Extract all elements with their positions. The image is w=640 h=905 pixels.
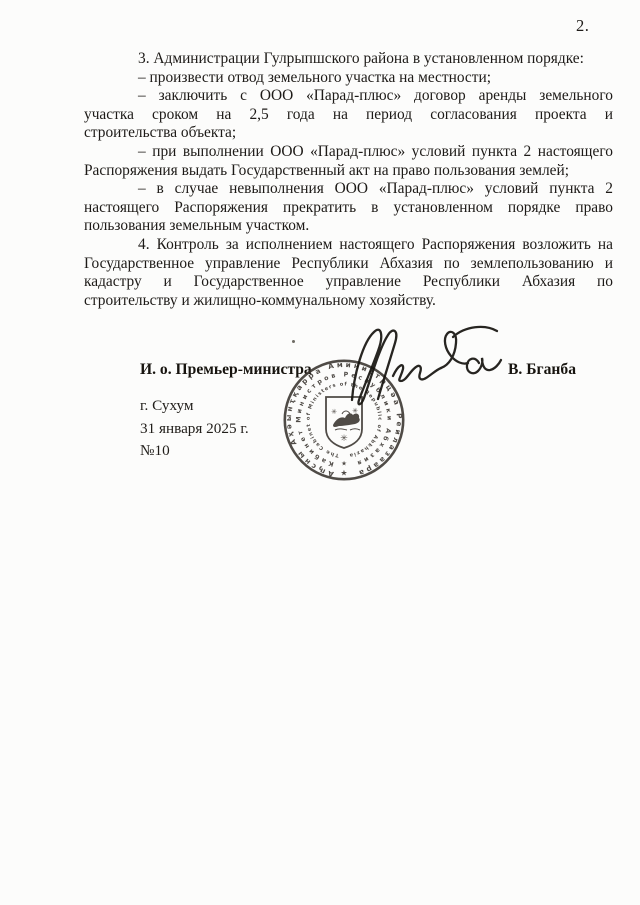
signature-stroke <box>467 358 501 373</box>
shield-star-icon: ✳ <box>340 434 348 444</box>
body-line: Распоряжения выдать Государственный акт … <box>84 162 613 181</box>
signature-stroke <box>441 332 468 368</box>
scanned-document-page: 2. 3. Администрации Гулрыпшского района … <box>0 0 640 905</box>
body-line: Государственное управление Республики Аб… <box>84 255 613 274</box>
body-line: кадастру и Государственное управление Ре… <box>84 273 613 292</box>
document-number: №10 <box>140 442 170 460</box>
body-line: 3. Администрации Гулрыпшского района в у… <box>84 50 613 69</box>
body-line: – в случае невыполнения ООО «Парад-плюс»… <box>84 180 613 199</box>
body-line: строительства объекта; <box>84 124 613 143</box>
document-date: 31 января 2025 г. <box>140 420 249 438</box>
body-line: – произвести отвод земельного участка на… <box>84 69 613 88</box>
stamp-middle-star-icon: ★ <box>341 460 347 468</box>
signature-stroke <box>352 330 396 405</box>
signature-stroke <box>453 327 497 337</box>
body-line: пользования земельным участком. <box>84 217 613 236</box>
page-number: 2. <box>576 16 589 36</box>
body-line: настоящего Распоряжения прекратить в уст… <box>84 199 613 218</box>
document-body: 3. Администрации Гулрыпшского района в у… <box>84 50 613 310</box>
handwritten-signature <box>323 318 503 413</box>
stamp-bottom-star-icon: ★ <box>340 469 347 478</box>
body-line: – при выполнении ООО «Парад-плюс» услови… <box>84 143 613 162</box>
scan-artifact-dot <box>292 340 295 343</box>
signer-name: В. Бганба <box>508 360 576 379</box>
signature-stroke <box>393 365 441 381</box>
body-line: – заключить с ООО «Парад-плюс» договор а… <box>84 87 613 106</box>
body-line: 4. Контроль за исполнением настоящего Ра… <box>84 236 613 255</box>
body-line: строительству и жилищно-коммунальному хо… <box>84 292 613 311</box>
body-line: участка сроком на 2,5 года на период сог… <box>84 106 613 125</box>
document-city: г. Сухум <box>140 397 193 415</box>
